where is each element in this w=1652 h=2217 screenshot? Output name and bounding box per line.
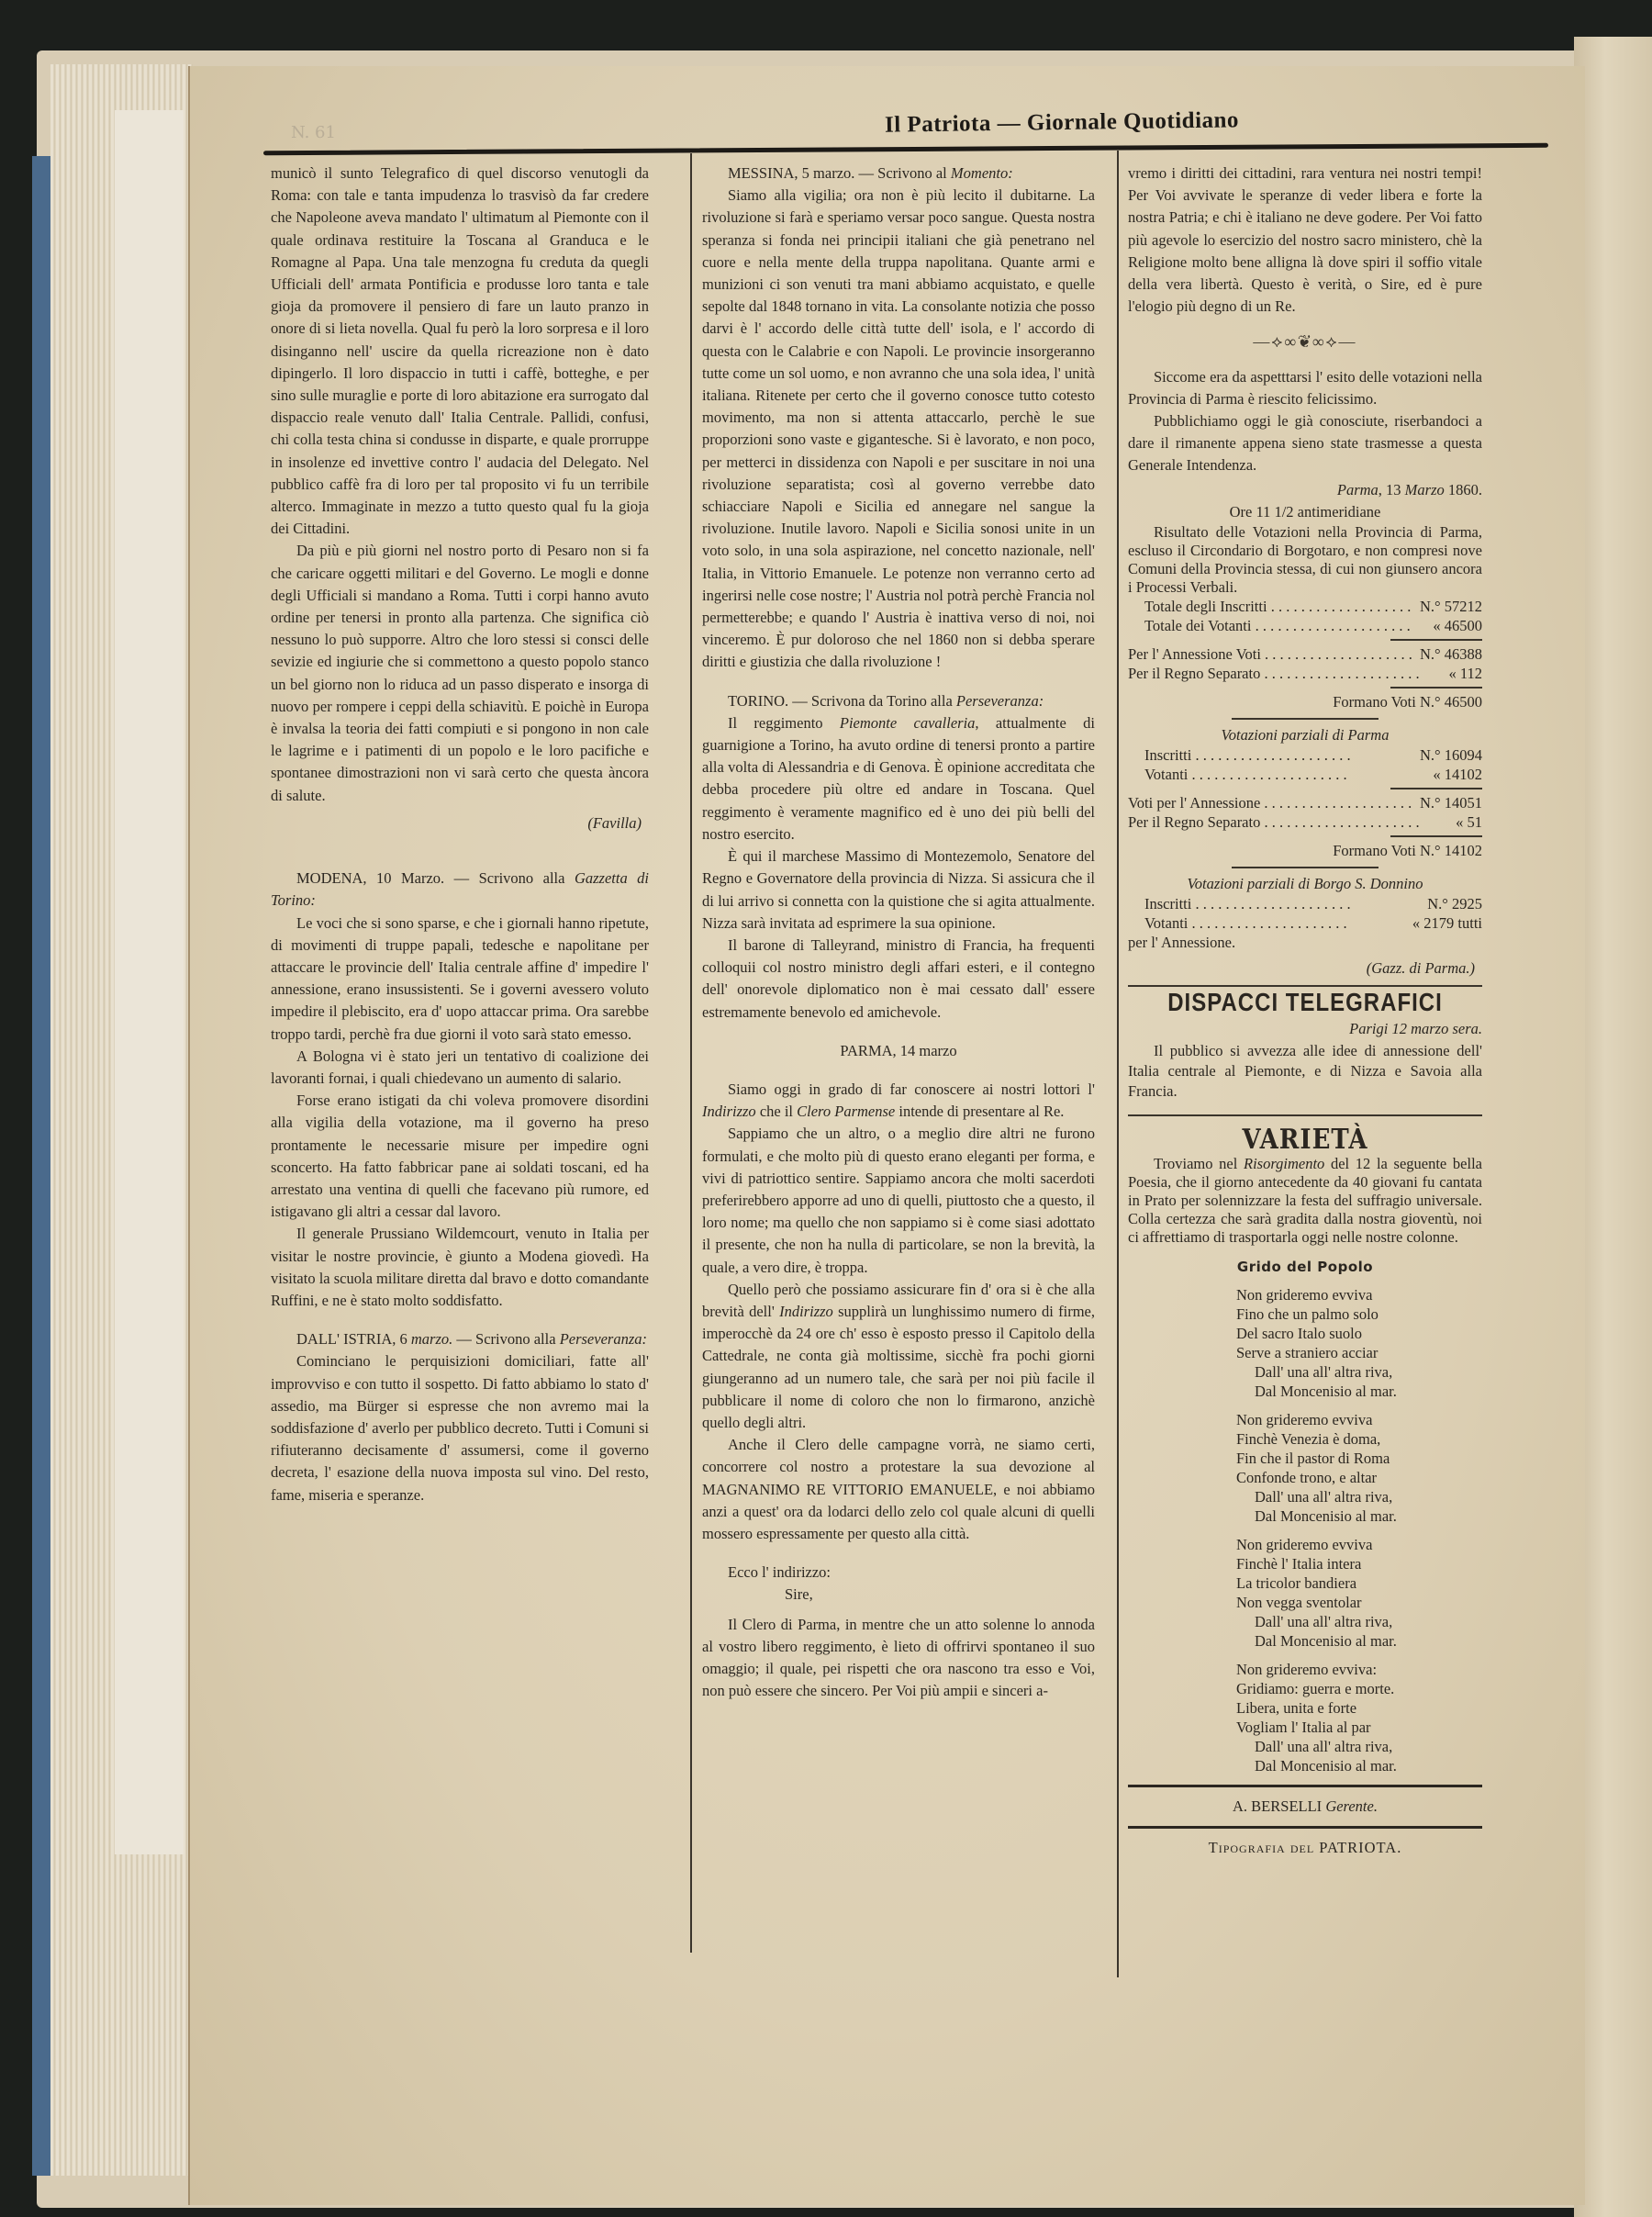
- article-paragraph: Il Clero di Parma, in mentre che un atto…: [702, 1614, 1095, 1703]
- article-paragraph: municò il sunto Telegrafico di quel disc…: [271, 162, 649, 540]
- footer-rule: [1128, 1826, 1482, 1829]
- sum-rule: [1390, 639, 1482, 641]
- page-number-ghost: N. 61: [291, 123, 336, 142]
- varieta-intro: Troviamo nel Risorgimento del 12 la segu…: [1128, 1155, 1482, 1247]
- time-line: Ore 11 1/2 antimeridiane: [1128, 501, 1482, 523]
- article-paragraph: È qui il marchese Massimo di Montezemolo…: [702, 845, 1095, 935]
- masthead-rule: [263, 143, 1548, 156]
- article-paragraph: Quello però che possiamo assicurare fin …: [702, 1279, 1095, 1434]
- article-paragraph: Sappiamo che un altro, o a meglio dire a…: [702, 1123, 1095, 1278]
- borgo-tail: per l' Annessione.: [1128, 933, 1482, 952]
- newspaper-page: N. 61 Il Patriota — Giornale Quotidiano …: [188, 66, 1585, 2205]
- right-facing-page-edge: [1574, 37, 1652, 2217]
- vote-row: Per il Regno Separato« 51: [1128, 812, 1482, 832]
- article-paragraph: Il generale Prussiano Wildemcourt, venut…: [271, 1223, 649, 1312]
- address-salutation: Sire,: [702, 1584, 1095, 1606]
- varieta-heading: VARIETÀ: [1128, 1127, 1482, 1153]
- parma-dateline: Parma, 13 Marzo 1860.: [1128, 479, 1482, 501]
- article-source: (Gazz. di Parma.): [1128, 957, 1475, 980]
- column-divider: [690, 153, 692, 1953]
- masthead-title: Il Patriota — Giornale Quotidiano: [741, 106, 1383, 140]
- inner-page-tab: [115, 110, 184, 1854]
- poem-stanza: Non grideremo evviva Finchè Venezia è do…: [1236, 1410, 1482, 1526]
- messina-dateline: MESSINA, 5 marzo. — Scrivono al Momento:: [702, 162, 1095, 185]
- vote-total: Formano Voti N.° 46500: [1128, 692, 1482, 712]
- article-paragraph: Siccome era da aspetttarsi l' esito dell…: [1128, 366, 1482, 410]
- poem-stanza: Non grideremo evviva Finchè l' Italia in…: [1236, 1535, 1482, 1651]
- results-intro: Risultato delle Votazioni nella Provinci…: [1128, 523, 1482, 597]
- sum-rule: [1390, 788, 1482, 789]
- section-rule: [1232, 718, 1379, 720]
- article-paragraph: A Bologna vi è stato jeri un tentativo d…: [271, 1046, 649, 1090]
- dispatches-heading: DISPACCI TELEGRAFICI: [1128, 991, 1482, 1016]
- section-rule: [1232, 867, 1379, 868]
- vote-row: Voti per l' AnnessioneN.° 14051: [1128, 793, 1482, 812]
- article-paragraph: Le voci che si sono sparse, e che i gior…: [271, 913, 649, 1046]
- column-2: MESSINA, 5 marzo. — Scrivono al Momento:…: [702, 162, 1095, 1702]
- vote-row: Totale dei Votanti« 46500: [1128, 616, 1482, 635]
- vote-row: InscrittiN.° 2925: [1128, 894, 1482, 913]
- poem-stanza: Non grideremo evviva: Gridiamo: guerra e…: [1236, 1660, 1482, 1775]
- modena-dateline: MODENA, 10 Marzo. — Scrivono alla Gazzet…: [271, 868, 649, 912]
- vote-row: Totale degli InscrittiN.° 57212: [1128, 597, 1482, 616]
- parma-partial-title: Votazioni parziali di Parma: [1128, 725, 1482, 745]
- book-cover-edge: [32, 156, 52, 2176]
- article-paragraph: Il reggimento Piemonte cavalleria, attua…: [702, 712, 1095, 845]
- istria-dateline: DALL' ISTRIA, 6 marzo. — Scrivono alla P…: [271, 1328, 649, 1350]
- parma-heading: PARMA, 14 marzo: [702, 1040, 1095, 1062]
- vote-row: Votanti« 14102: [1128, 765, 1482, 784]
- column-divider: [1117, 151, 1119, 1977]
- article-paragraph: Siamo oggi in grado di far conoscere ai …: [702, 1079, 1095, 1123]
- article-paragraph: Siamo alla vigilia; ora non è più lecito…: [702, 185, 1095, 673]
- ornament-divider: —⟡∞❦∞⟡—: [1128, 330, 1482, 353]
- article-paragraph: Da più e più giorni nel nostro porto di …: [271, 540, 649, 806]
- dispatch-text: Il pubblico si avvezza alle idee di anne…: [1128, 1041, 1482, 1102]
- article-paragraph: Cominciano le perquisizioni domiciliari,…: [271, 1350, 649, 1506]
- column-3: vremo i diritti dei cittadini, rara vent…: [1128, 162, 1482, 1860]
- article-paragraph: Anche il Clero delle campagne vorrà, ne …: [702, 1434, 1095, 1545]
- sum-rule: [1390, 835, 1482, 837]
- printer-line: Tipografia del PATRIOTA.: [1128, 1836, 1482, 1860]
- article-paragraph: Pubblichiamo oggi le già conosciute, ris…: [1128, 410, 1482, 477]
- footer-rule: [1128, 1785, 1482, 1787]
- torino-dateline: TORINO. — Scrivona da Torino alla Persev…: [702, 690, 1095, 712]
- poem-title: Grido del Popolo: [1128, 1256, 1482, 1278]
- borgo-partial-title: Votazioni parziali di Borgo S. Donnino: [1128, 874, 1482, 894]
- vote-row: Per l' Annessione VotiN.° 46388: [1128, 644, 1482, 664]
- article-paragraph: Il barone di Talleyrand, ministro di Fra…: [702, 935, 1095, 1024]
- dispatch-dateline: Parigi 12 marzo sera.: [1128, 1018, 1482, 1040]
- article-paragraph: vremo i diritti dei cittadini, rara vent…: [1128, 162, 1482, 318]
- section-rule: [1128, 985, 1482, 987]
- sum-rule: [1390, 687, 1482, 689]
- article-paragraph: Forse erano istigati da chi voleva promo…: [271, 1090, 649, 1223]
- vote-row: Votanti« 2179 tutti: [1128, 913, 1482, 933]
- poem-stanza: Non grideremo evviva Fino che un palmo s…: [1236, 1285, 1482, 1401]
- vote-total: Formano Voti N.° 14102: [1128, 841, 1482, 861]
- address-intro: Ecco l' indirizzo:: [702, 1562, 1095, 1584]
- column-1: municò il sunto Telegrafico di quel disc…: [271, 162, 649, 1506]
- vote-row: Per il Regno Separato« 112: [1128, 664, 1482, 683]
- article-source: (Favilla): [271, 812, 642, 834]
- section-rule: [1128, 1114, 1482, 1116]
- poem: Non grideremo evviva Fino che un palmo s…: [1128, 1285, 1482, 1775]
- gerente-line: A. BERSELLI Gerente.: [1128, 1795, 1482, 1819]
- vote-row: InscrittiN.° 16094: [1128, 745, 1482, 765]
